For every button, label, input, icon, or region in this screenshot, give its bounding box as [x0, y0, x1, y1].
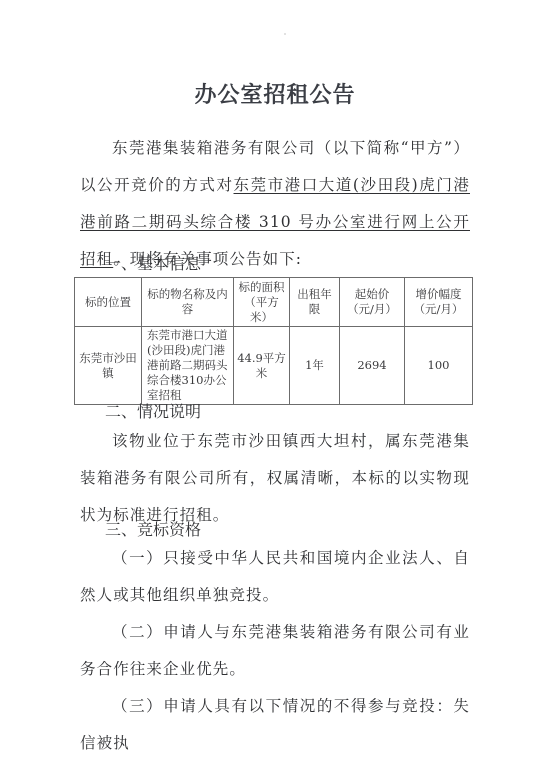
table-header-cell: 标的位置 [75, 278, 142, 327]
table-cell-name: 东莞市港口大道(沙田段)虎门港港前路二期码头综合楼310办公室招租 [142, 327, 234, 405]
qualification-item-1: （一）只接受中华人民共和国境内企业法人、自然人或其他组织单独竞投。 [80, 540, 470, 614]
scan-speck [284, 33, 286, 35]
table-header-cell: 起始价（元/月） [340, 278, 405, 327]
qualification-item-2: （二）申请人与东莞港集装箱港务有限公司有业务合作往来企业优先。 [80, 614, 470, 688]
basic-info-table: 标的位置 标的物名称及内容 标的面积（平方米） 出租年限 起始价（元/月） 增价… [74, 277, 473, 405]
table-cell-term: 1年 [290, 327, 340, 405]
table-cell-location: 东莞市沙田镇 [75, 327, 142, 405]
table-cell-area: 44.9平方米 [234, 327, 290, 405]
document-title: 办公室招租公告 [0, 78, 550, 109]
table-header-cell: 出租年限 [290, 278, 340, 327]
table-header-cell: 增价幅度（元/月） [405, 278, 473, 327]
table-cell-increment: 100 [405, 327, 473, 405]
table-cell-start-price: 2694 [340, 327, 405, 405]
document-page: 办公室招租公告 东莞港集装箱港务有限公司（以下简称“甲方”）以公开竞价的方式对东… [0, 0, 550, 775]
table-header-cell: 标的面积（平方米） [234, 278, 290, 327]
table-header-cell: 标的物名称及内容 [142, 278, 234, 327]
situation-paragraph: 该物业位于东莞市沙田镇西大坦村，属东莞港集装箱港务有限公司所有，权属清晰，本标的… [80, 423, 470, 534]
table-row: 东莞市沙田镇 东莞市港口大道(沙田段)虎门港港前路二期码头综合楼310办公室招租… [75, 327, 473, 405]
section-heading-qualification: 三、竞标资格 [105, 520, 201, 540]
section-heading-situation: 二、情况说明 [105, 402, 201, 422]
qualification-item-3: （三）申请人具有以下情况的不得参与竞投：失信被执 [80, 688, 470, 762]
section-heading-basic-info: 一、基本信息 [105, 254, 201, 274]
table-header-row: 标的位置 标的物名称及内容 标的面积（平方米） 出租年限 起始价（元/月） 增价… [75, 278, 473, 327]
